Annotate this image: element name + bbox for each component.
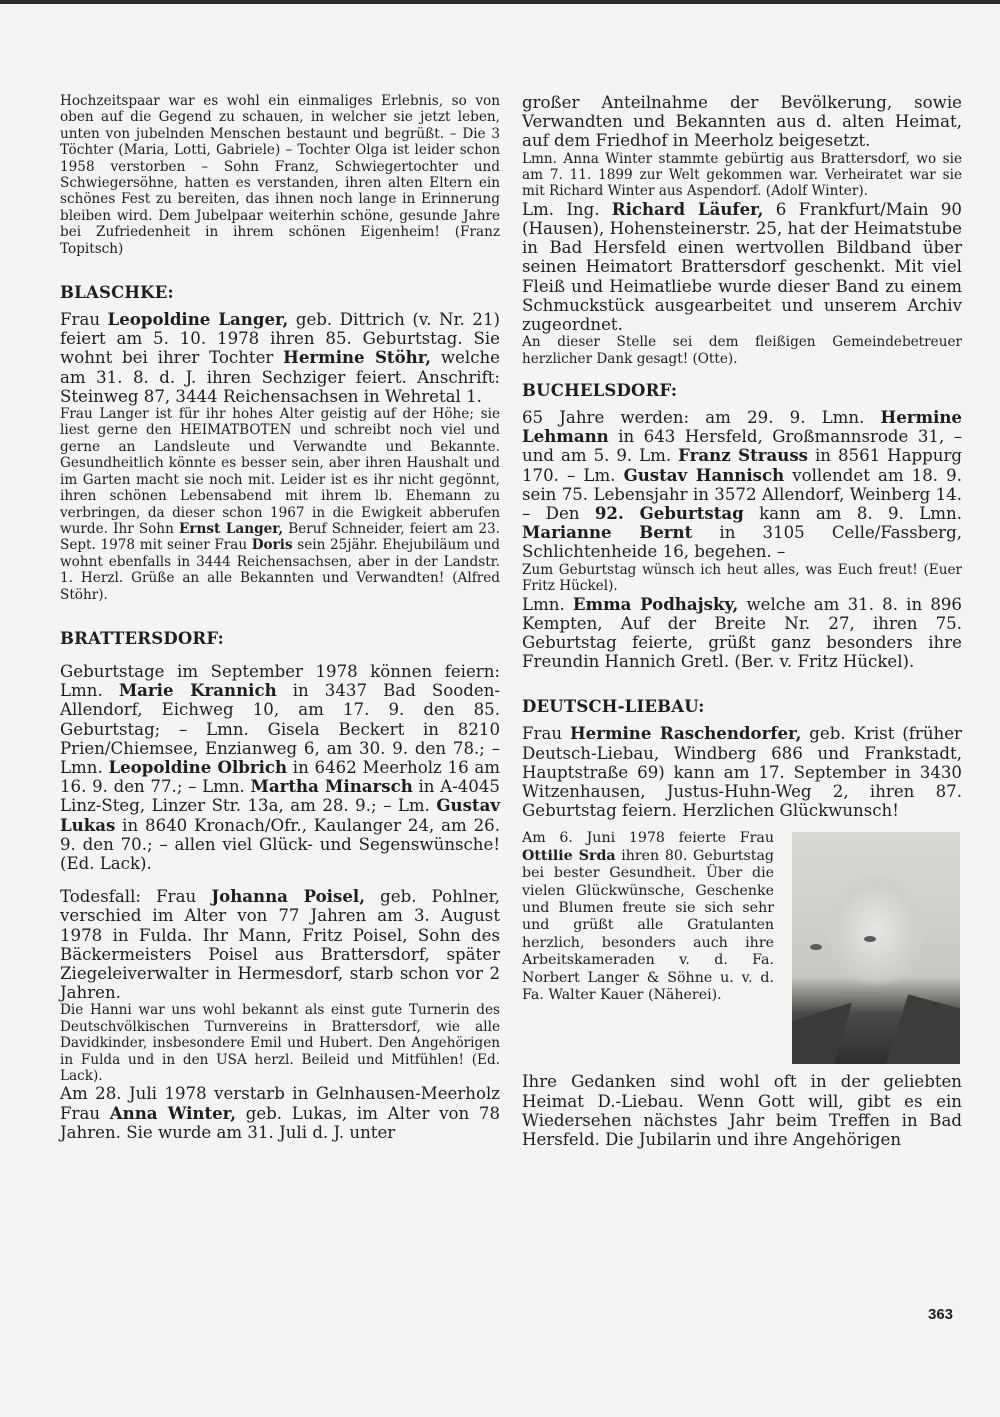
text: 6 Frankfurt/Main 90 (Hausen), Hohenstein… xyxy=(522,200,962,334)
text: kann am 8. 9. Lmn. xyxy=(744,504,962,523)
person-name: Martha Minarsch xyxy=(251,776,413,796)
person-name: Ernst Langer, xyxy=(179,521,283,537)
text: Frau xyxy=(522,724,570,743)
photo-mouth xyxy=(840,992,880,995)
page-number: 363 xyxy=(928,1306,953,1323)
text: Lmn. xyxy=(522,595,573,614)
photo-with-caption: Am 6. Juni 1978 feierte Frau Ottilie Srd… xyxy=(522,830,962,1064)
person-name: Ottilie Srda xyxy=(522,848,616,864)
death-note-2: Lmn. Anna Winter stammte gebürtig aus Br… xyxy=(522,151,962,200)
text: 65 Jahre werden: am 29. 9. Lmn. xyxy=(522,408,881,427)
right-column: großer Anteilnahme der Bevölkerung, sowi… xyxy=(522,93,962,1149)
buchelsdorf-paragraph-2: Lmn. Emma Podhajsky, welche am 31. 8. in… xyxy=(522,595,962,672)
intro-paragraph: Hochzeitspaar war es wohl ein einmaliges… xyxy=(60,93,500,257)
laeufer-note: An dieser Stelle sei dem fleißigen Gemei… xyxy=(522,334,962,367)
section-heading-blaschke: BLASCHKE: xyxy=(60,283,500,302)
person-name: Marianne Bernt xyxy=(522,522,692,542)
person-name: Leopoldine Langer, xyxy=(108,309,289,329)
person-name: Doris xyxy=(252,537,293,553)
brattersdorf-death-note-1: Die Hanni war uns wohl bekannt als einst… xyxy=(60,1002,500,1084)
text: ihren 80. Geburtstag bei bester Gesundhe… xyxy=(522,848,774,1003)
left-column: Hochzeitspaar war es wohl ein einmaliges… xyxy=(60,93,500,1142)
photo-clothing xyxy=(886,994,960,1064)
text: in 8640 Kronach/Ofr., Kaulanger 24, am 2… xyxy=(60,816,500,873)
section-heading-buchelsdorf: BUCHELSDORF: xyxy=(522,381,962,400)
person-name: Marie Krannich xyxy=(119,680,277,700)
brattersdorf-death-notice-1: Todesfall: Frau Johanna Poisel, geb. Poh… xyxy=(60,887,500,1002)
person-name: Hermine Stöhr, xyxy=(283,347,431,367)
section-heading-brattersdorf: BRATTERSDORF: xyxy=(60,629,500,648)
text: Lm. Ing. xyxy=(522,200,612,219)
person-name: Leopoldine Olbrich xyxy=(108,757,287,777)
death-notice-2-continued: großer Anteilnahme der Bevölkerung, sowi… xyxy=(522,93,962,151)
person-name: Franz Strauss xyxy=(678,445,808,465)
photo-eye xyxy=(864,936,876,942)
brattersdorf-birthdays: Geburtstage im September 1978 können fei… xyxy=(60,662,500,873)
buchelsdorf-note: Zum Geburtstag wünsch ich heut alles, wa… xyxy=(522,562,962,595)
brattersdorf-death-notice-2: Am 28. Juli 1978 verstarb in Gelnhausen-… xyxy=(60,1084,500,1142)
person-name: Richard Läufer, xyxy=(612,199,764,219)
text: Todesfall: Frau xyxy=(60,887,211,906)
blaschke-paragraph-2: Frau Langer ist für ihr hohes Alter geis… xyxy=(60,406,500,603)
deutsch-liebau-closing: Ihre Gedanken sind wohl oft in der gelie… xyxy=(522,1072,962,1149)
section-heading-deutsch-liebau: DEUTSCH-LIEBAU: xyxy=(522,697,962,716)
text: Frau xyxy=(60,310,108,329)
blaschke-paragraph-1: Frau Leopoldine Langer, geb. Dittrich (v… xyxy=(60,310,500,406)
person-name: Johanna Poisel, xyxy=(211,886,365,906)
person-name: Gustav Hannisch xyxy=(624,465,785,485)
person-name: Emma Podhajsky, xyxy=(573,594,738,614)
photo-caption: Am 6. Juni 1978 feierte Frau Ottilie Srd… xyxy=(522,830,774,1064)
laeufer-paragraph: Lm. Ing. Richard Läufer, 6 Frankfurt/Mai… xyxy=(522,200,962,334)
portrait-photo xyxy=(792,832,960,1064)
photo-clothing xyxy=(792,1002,852,1064)
person-name: Anna Winter, xyxy=(110,1103,236,1123)
text: Am 6. Juni 1978 feierte Frau xyxy=(522,830,774,846)
highlight: 92. Geburtstag xyxy=(595,503,744,523)
buchelsdorf-paragraph-1: 65 Jahre werden: am 29. 9. Lmn. Hermine … xyxy=(522,408,962,562)
photo-eye xyxy=(810,944,822,950)
scan-top-edge xyxy=(0,0,1000,4)
deutsch-liebau-paragraph-1: Frau Hermine Raschendorfer, geb. Krist (… xyxy=(522,724,962,820)
person-name: Hermine Raschendorfer, xyxy=(570,723,801,743)
text: Frau Langer ist für ihr hohes Alter geis… xyxy=(60,406,500,537)
